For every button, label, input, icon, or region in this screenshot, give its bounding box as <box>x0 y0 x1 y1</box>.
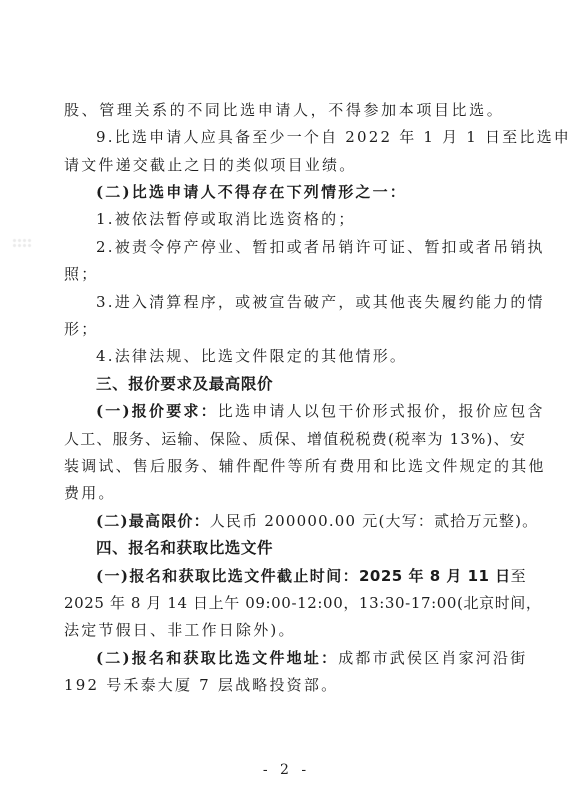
section-heading-4: 四、报名和获取比选文件 <box>96 538 504 558</box>
quote-requirement: (一)报价要求：比选申请人以包干价形式报价，报价应包含 <box>96 401 504 421</box>
text-line: 请文件递交截止之日的类似项目业绩。 <box>64 155 504 175</box>
max-price: (二)最高限价：人民币 200000.00 元(大写：贰拾万元整)。 <box>96 511 504 531</box>
registration-address-label: (二)报名和获取比选文件地址： <box>96 649 338 667</box>
text-line: 2025 年 8 月 14 日上午 09:00-12:00，13:30-17:0… <box>64 593 504 613</box>
text-line: 装调试、售后服务、辅件配件等所有费用和比选文件规定的其他 <box>64 456 504 476</box>
registration-deadline: (一)报名和获取比选文件截止时间：2025 年 8 月 11 日至 <box>96 566 504 586</box>
text-line: 照； <box>64 264 504 284</box>
registration-deadline-date: 2025 年 8 月 11 日 <box>359 567 511 585</box>
text-line: 股、管理关系的不同比选申请人，不得参加本项目比选。 <box>64 100 504 120</box>
list-item-9: 9.比选申请人应具备至少一个自 2022 年 1 月 1 日至比选申 <box>96 127 504 147</box>
max-price-label: (二)最高限价： <box>96 512 210 530</box>
quote-requirement-text: 比选申请人以包干价形式报价，报价应包含 <box>218 402 545 420</box>
registration-address: (二)报名和获取比选文件地址：成都市武侯区肖家河沿街 <box>96 648 504 668</box>
list-item-4: 4.法律法规、比选文件限定的其他情形。 <box>96 346 504 366</box>
text-line: 费用。 <box>64 483 504 503</box>
list-item-2: 2.被责令停产停业、暂扣或者吊销许可证、暂扣或者吊销执 <box>96 237 504 257</box>
quote-requirement-label: (一)报价要求： <box>96 402 218 420</box>
text-line: 法定节假日、非工作日除外)。 <box>64 620 504 640</box>
list-item-3: 3.进入清算程序，或被宣告破产，或其他丧失履约能力的情 <box>96 292 504 312</box>
registration-deadline-to: 至 <box>511 567 527 585</box>
section-heading-3: 三、报价要求及最高限价 <box>96 374 504 394</box>
text-line: 形； <box>64 319 504 339</box>
subheading-disqualifications: (二)比选申请人不得存在下列情形之一： <box>96 182 504 202</box>
registration-address-text: 成都市武侯区肖家河沿街 <box>338 649 527 667</box>
list-item-1: 1.被依法暂停或取消比选资格的； <box>96 209 504 229</box>
document-page: 股、管理关系的不同比选申请人，不得参加本项目比选。 9.比选申请人应具备至少一个… <box>0 0 573 808</box>
page-number: - 2 - <box>0 762 573 778</box>
text-line: 192 号禾泰大厦 7 层战略投资部。 <box>64 675 504 695</box>
scan-artifact <box>12 238 32 248</box>
registration-deadline-label: (一)报名和获取比选文件截止时间： <box>96 567 359 585</box>
text-line: 人工、服务、运输、保险、质保、增值税税费(税率为 13%)、安 <box>64 429 504 449</box>
max-price-value: 人民币 200000.00 元(大写：贰拾万元整)。 <box>210 512 539 530</box>
